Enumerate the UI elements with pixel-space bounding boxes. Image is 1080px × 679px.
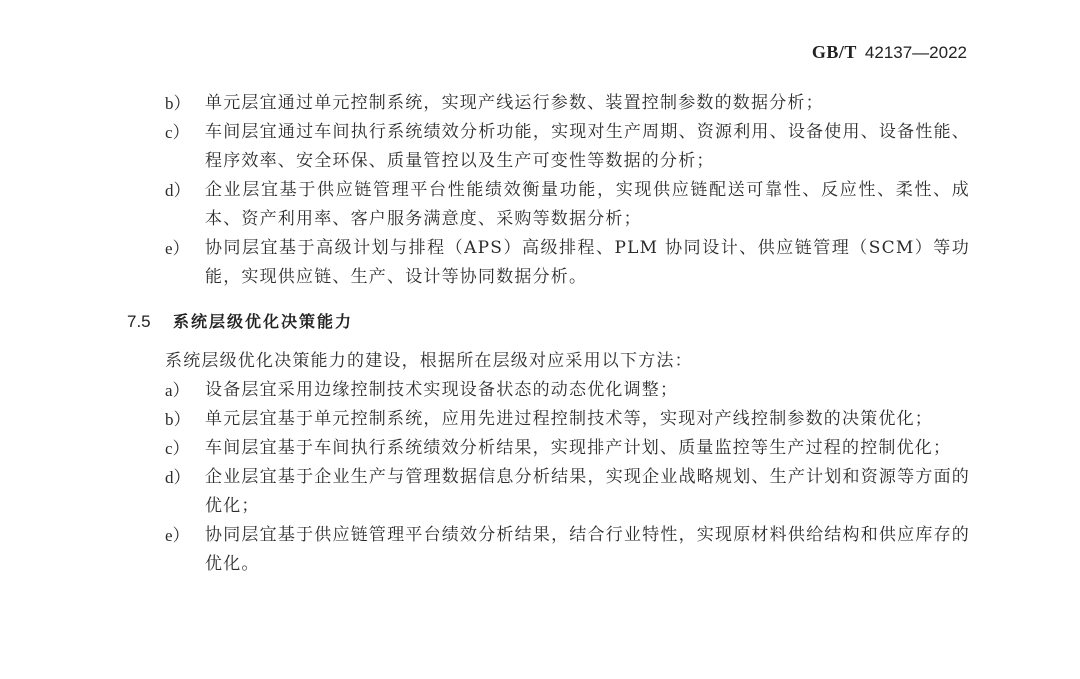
standard-code: GB/T [812, 42, 857, 62]
list-text: 车间层宜通过车间执行系统绩效分析功能，实现对生产周期、资源利用、设备使用、设备性… [205, 118, 970, 176]
section-intro: 系统层级优化决策能力的建设，根据所在层级对应采用以下方法： [165, 347, 970, 376]
list-text: 车间层宜基于车间执行系统绩效分析结果，实现排产计划、质量监控等生产过程的控制优化… [205, 434, 970, 463]
list-item-b: b） 单元层宜通过单元控制系统，实现产线运行参数、装置控制参数的数据分析； [165, 89, 970, 118]
list-text: 协同层宜基于供应链管理平台绩效分析结果，结合行业特性，实现原材料供给结构和供应库… [205, 521, 970, 579]
list-label: a） [165, 376, 205, 405]
list-label: b） [165, 89, 205, 118]
list-item-c: c） 车间层宜通过车间执行系统绩效分析功能，实现对生产周期、资源利用、设备使用、… [165, 118, 970, 176]
list-item-e: e） 协同层宜基于高级计划与排程（APS）高级排程、PLM 协同设计、供应链管理… [165, 234, 970, 292]
list-item-e: e） 协同层宜基于供应链管理平台绩效分析结果，结合行业特性，实现原材料供给结构和… [165, 521, 970, 579]
list-text: 单元层宜通过单元控制系统，实现产线运行参数、装置控制参数的数据分析； [205, 89, 970, 118]
list-label: c） [165, 434, 205, 463]
section-title: 系统层级优化决策能力 [173, 307, 353, 336]
list-label: d） [165, 176, 205, 205]
list-item-a: a） 设备层宜采用边缘控制技术实现设备状态的动态优化调整； [165, 376, 970, 405]
section-7-5-body: 系统层级优化决策能力的建设，根据所在层级对应采用以下方法： a） 设备层宜采用边… [165, 347, 970, 579]
list-label: d） [165, 463, 205, 492]
list-text: 企业层宜基于企业生产与管理数据信息分析结果，实现企业战略规划、生产计划和资源等方… [205, 463, 970, 521]
section-7-4-list: b） 单元层宜通过单元控制系统，实现产线运行参数、装置控制参数的数据分析； c）… [165, 89, 970, 292]
list-text: 企业层宜基于供应链管理平台性能绩效衡量功能，实现供应链配送可靠性、反应性、柔性、… [205, 176, 970, 234]
list-text: 协同层宜基于高级计划与排程（APS）高级排程、PLM 协同设计、供应链管理（SC… [205, 234, 970, 292]
list-item-c: c） 车间层宜基于车间执行系统绩效分析结果，实现排产计划、质量监控等生产过程的控… [165, 434, 970, 463]
list-label: e） [165, 521, 205, 550]
standard-number-header: GB/T42137—2022 [812, 42, 967, 63]
list-item-d: d） 企业层宜基于供应链管理平台性能绩效衡量功能，实现供应链配送可靠性、反应性、… [165, 176, 970, 234]
list-text: 设备层宜采用边缘控制技术实现设备状态的动态优化调整； [205, 376, 970, 405]
standard-number: 42137—2022 [865, 43, 967, 62]
list-label: e） [165, 234, 205, 263]
list-item-b: b） 单元层宜基于单元控制系统，应用先进过程控制技术等，实现对产线控制参数的决策… [165, 405, 970, 434]
list-text: 单元层宜基于单元控制系统，应用先进过程控制技术等，实现对产线控制参数的决策优化； [205, 405, 970, 434]
section-number: 7.5 [127, 307, 173, 336]
list-label: b） [165, 405, 205, 434]
list-item-d: d） 企业层宜基于企业生产与管理数据信息分析结果，实现企业战略规划、生产计划和资… [165, 463, 970, 521]
section-heading-7-5: 7.5 系统层级优化决策能力 [127, 307, 353, 336]
list-label: c） [165, 118, 205, 147]
